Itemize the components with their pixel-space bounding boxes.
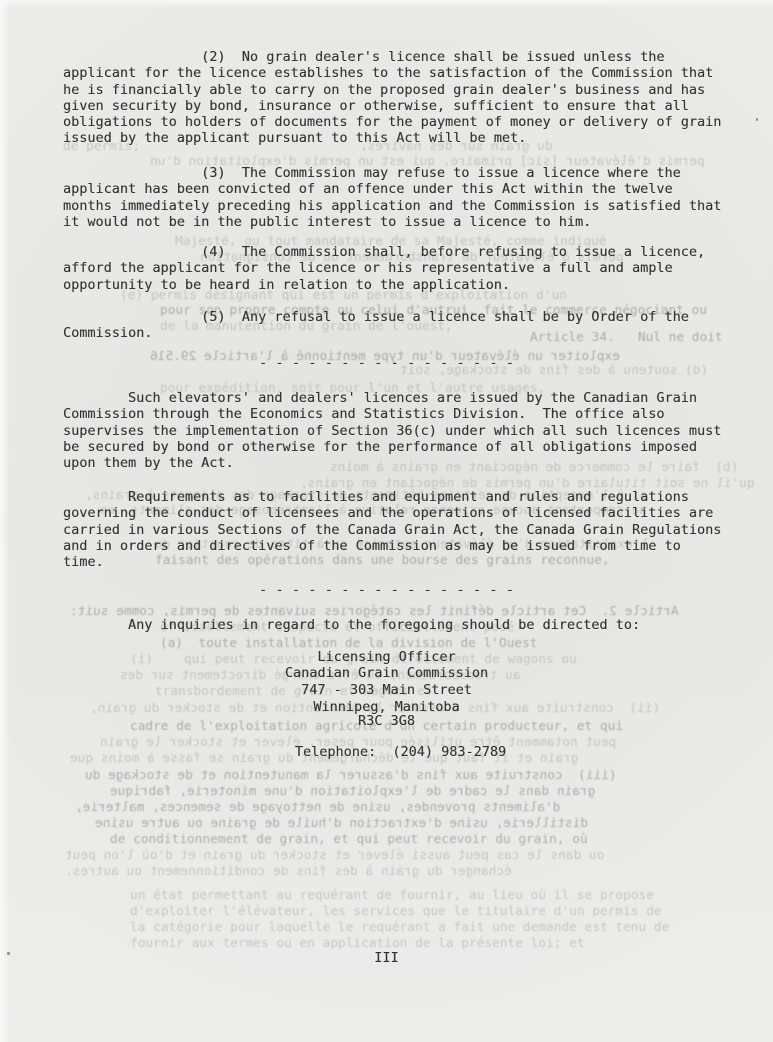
bleedthrough-text: ou dans le cas peut aussi élever et stoc… <box>65 848 604 863</box>
telephone-line: Telephone: (204) 983-2789 <box>14 744 773 761</box>
bleedthrough-text: (iii) construite aux fins d'assurer la m… <box>85 768 617 783</box>
bleedthrough-text: un état permettant au requérant de fourn… <box>130 888 654 903</box>
address-line-postal: R3C 3G8 <box>0 713 773 730</box>
elevators-licences-paragraph: Such elevators' and dealers' licences ar… <box>63 390 721 471</box>
address-line-commission: Canadian Grain Commission <box>0 665 773 682</box>
dashed-separator-2: - - - - - - - - - - - - - - - - <box>0 582 773 599</box>
scan-speck <box>7 952 10 955</box>
address-line-street: 747 - 303 Main Street <box>0 682 773 699</box>
page-number: III <box>0 950 773 967</box>
scanned-document: { "document": { "paragraphs": { "p2": " … <box>0 0 773 1042</box>
bleedthrough-text: grain dans le cadre de l'exploitation d'… <box>110 784 595 799</box>
document-page: de permis;du grain sur des navires,permi… <box>0 0 773 1042</box>
bleedthrough-text: fournir aux termes ou en application de … <box>130 936 585 951</box>
bleedthrough-text: de conditionnement de grain, et qui peut… <box>110 832 588 847</box>
bleedthrough-text: distillerie, usine d'extraction d'huile … <box>95 816 588 831</box>
paragraph-2: (2) No grain dealer's licence shall be i… <box>63 49 721 147</box>
inquiries-line: Any inquiries in regard to the foregoing… <box>63 617 640 633</box>
bleedthrough-text: d'exploiter l'élévateur, les services qu… <box>130 904 662 919</box>
paragraph-3: (3) The Commission may refuse to issue a… <box>63 165 721 230</box>
paragraph-4: (4) The Commission shall, before refusin… <box>63 244 705 293</box>
requirements-paragraph: Requirements as to facilities and equipm… <box>63 489 721 570</box>
scan-speck <box>756 118 758 121</box>
dashed-separator-1: - - - - - - - - - - - - - - - - <box>0 355 773 372</box>
bleedthrough-text: échanger du grain à des fins de conditio… <box>65 864 512 879</box>
address-line-officer: Licensing Officer <box>0 649 773 666</box>
paragraph-5: (5) Any refusal to issue a licence shall… <box>63 309 689 342</box>
bleedthrough-text: la catégorie pour laquelle le requérant … <box>130 920 669 935</box>
bleedthrough-text: d'aliments provendes, usine de nettoyage… <box>75 800 560 815</box>
